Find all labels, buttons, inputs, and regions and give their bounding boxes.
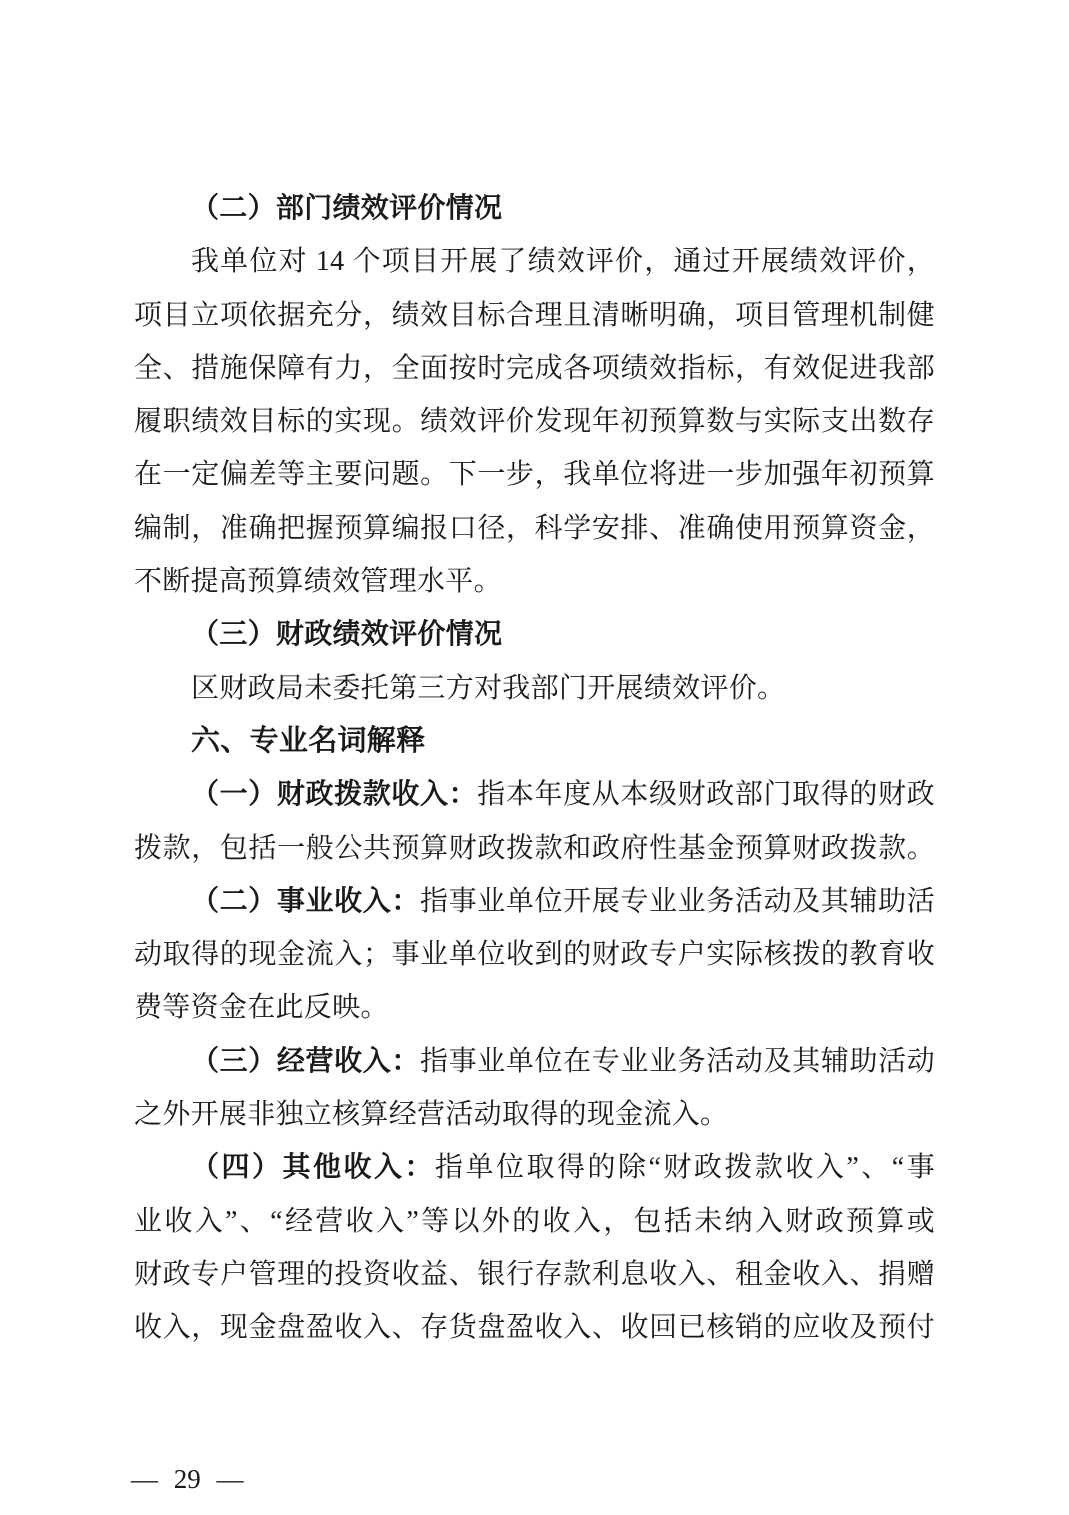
body-text-line: 之外开展非独立核算经营活动取得的现金流入。 [134,1088,935,1141]
term-name: （四）其他收入： [191,1152,435,1183]
term-name: （二）事业收入： [191,886,420,917]
heading-text: （三）财政绩效评价情况 [191,619,502,650]
body-text-line: 收入，现金盘盈收入、存货盘盈收入、收回已核销的应收及预付 [134,1301,935,1354]
body-text-line: 项目立项依据充分，绩效目标合理且清晰明确，项目管理机制健 [134,289,935,342]
heading-text: （二）部门绩效评价情况 [191,193,502,224]
heading-section-2-dept-performance: （二）部门绩效评价情况 [134,182,935,235]
heading-section-3-fiscal-performance: （三）财政绩效评价情况 [134,608,935,661]
body-text-line: 财政专户管理的投资收益、银行存款利息收入、租金收入、捐赠 [134,1248,935,1301]
heading-text: 六、专业名词解释 [191,725,425,757]
document-body: （二）部门绩效评价情况 我单位对 14 个项目开展了绩效评价，通过开展绩效评价，… [134,182,935,1355]
body-text-line: 动取得的现金流入；事业单位收到的财政专户实际核拨的教育收 [134,928,935,981]
definition-line: （四）其他收入：指单位取得的除“财政拨款收入”、“事 [134,1141,935,1194]
definition-line: （二）事业收入：指事业单位开展专业业务活动及其辅助活 [134,875,935,928]
body-text-line: 区财政局未委托第三方对我部门开展绩效评价。 [134,662,935,715]
body-text-line: 履职绩效目标的实现。绩效评价发现年初预算数与实际支出数存 [134,395,935,448]
body-text-line: 不断提高预算绩效管理水平。 [134,555,935,608]
body-text-line: 全、措施保障有力，全面按时完成各项绩效指标，有效促进我部 [134,342,935,395]
definition-line: （一）财政拨款收入：指本年度从本级财政部门取得的财政 [134,768,935,821]
body-text-line: 在一定偏差等主要问题。下一步，我单位将进一步加强年初预算 [134,448,935,501]
heading-section-6-glossary: 六、专业名词解释 [134,715,935,768]
term-name: （一）财政拨款收入： [191,779,477,810]
body-text-line: 编制，准确把握预算编报口径，科学安排、准确使用预算资金， [134,502,935,555]
body-text-line: 拨款，包括一般公共预算财政拨款和政府性基金预算财政拨款。 [134,822,935,875]
body-text-line: 业收入”、“经营收入”等以外的收入，包括未纳入财政预算或 [134,1195,935,1248]
page-number: — 29 — [131,1463,244,1495]
body-text-line: 我单位对 14 个项目开展了绩效评价，通过开展绩效评价， [134,235,935,288]
definition-line: （三）经营收入：指事业单位在专业业务活动及其辅助活动 [134,1035,935,1088]
document-page: （二）部门绩效评价情况 我单位对 14 个项目开展了绩效评价，通过开展绩效评价，… [0,0,1069,1515]
term-name: （三）经营收入： [191,1046,420,1077]
body-text-line: 费等资金在此反映。 [134,981,935,1034]
